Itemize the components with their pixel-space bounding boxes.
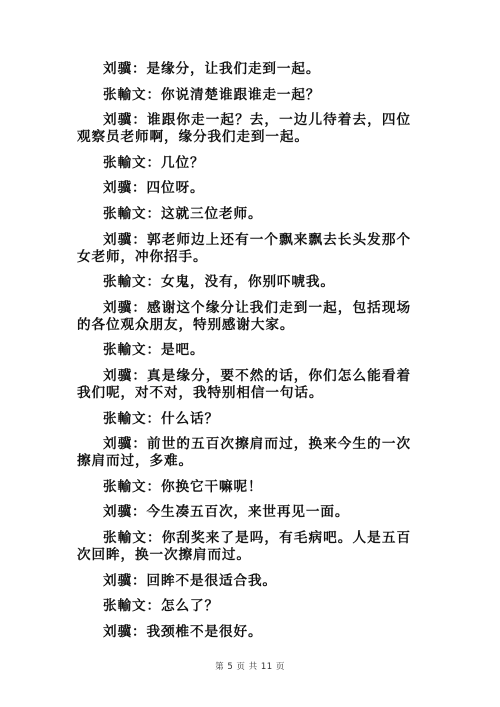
dialogue-paragraph: 张輸文：你说清楚谁跟谁走一起？ [77, 87, 411, 104]
page-footer: 第 5 页 共 11 页 [0, 660, 500, 672]
dialogue-paragraph: 张輸文：什么话？ [77, 411, 411, 428]
dialogue-text: 四位呀。 [146, 180, 204, 196]
dialogue-paragraph: 刘骥：回眸不是很适合我。 [77, 573, 411, 590]
speaker-name: 张輸文： [103, 155, 161, 171]
dialogue-paragraph: 张輸文：怎么了？ [77, 598, 411, 615]
dialogue-paragraph: 张輸文：这就三位老师。 [77, 206, 411, 223]
dialogue-text: 今生凑五百次，来世再见一面。 [146, 504, 349, 520]
speaker-name: 刘骥： [103, 436, 147, 452]
dialogue-paragraph: 张輸文：你换它干嘛呢！ [77, 479, 411, 496]
dialogue-paragraph: 张輸文：是吧。 [77, 342, 411, 359]
speaker-name: 刘骥： [103, 624, 146, 640]
dialogue-paragraph: 张輸文：几位？ [77, 155, 411, 172]
speaker-name: 张輸文： [103, 87, 161, 103]
speaker-name: 张輸文： [103, 206, 161, 222]
dialogue-paragraph: 刘骥：感谢这个缘分让我们走到一起，包括现场的各位观众朋友，特别感谢大家。 [77, 300, 411, 334]
dialogue-paragraph: 刘骥：是缘分，让我们走到一起。 [77, 61, 411, 78]
dialogue-text: 几位？ [161, 155, 204, 171]
dialogue-text: 回眸不是很适合我。 [146, 573, 276, 589]
speaker-name: 张輸文： [103, 411, 161, 427]
dialogue-text: 你说清楚谁跟谁走一起？ [161, 87, 320, 103]
dialogue-text: 我颈椎不是很好。 [146, 624, 262, 640]
dialogue-paragraph: 刘骥：前世的五百次擦肩而过，换来今生的一次擦肩而过，多难。 [77, 436, 411, 470]
speaker-name: 刘骥： [103, 180, 146, 196]
page-indicator: 第 5 页 共 11 页 [215, 662, 285, 672]
dialogue-text: 女鬼，没有，你别吓唬我。 [161, 274, 335, 290]
dialogue-paragraph: 刘骥：四位呀。 [77, 180, 411, 197]
speaker-name: 张輸文： [103, 530, 162, 546]
dialogue-paragraph: 刘骥：我颈椎不是很好。 [77, 624, 411, 641]
speaker-name: 张輸文： [103, 598, 161, 614]
speaker-name: 张輸文： [103, 274, 161, 290]
speaker-name: 张輸文： [103, 479, 161, 495]
dialogue-text: 这就三位老师。 [161, 206, 262, 222]
document-body: 刘骥：是缘分，让我们走到一起。 张輸文：你说清楚谁跟谁走一起？ 刘骥：谁跟你走一… [77, 61, 411, 649]
speaker-name: 刘骥： [103, 573, 146, 589]
speaker-name: 刘骥： [103, 504, 146, 520]
speaker-name: 张輸文： [103, 342, 161, 358]
dialogue-paragraph: 刘骥：真是缘分，要不然的话，你们怎么能看着我们呢，对不对，我特别相信一句话。 [77, 368, 411, 402]
speaker-name: 刘骥： [103, 61, 146, 77]
dialogue-text: 什么话？ [161, 411, 219, 427]
speaker-name: 刘骥： [103, 232, 147, 248]
speaker-name: 刘骥： [103, 300, 147, 316]
dialogue-paragraph: 刘骥：郭老师边上还有一个飘来飘去长头发那个女老师，冲你招手。 [77, 232, 411, 266]
dialogue-text: 怎么了？ [161, 598, 219, 614]
speaker-name: 刘骥： [103, 368, 147, 384]
dialogue-paragraph: 张輸文：女鬼，没有，你别吓唬我。 [77, 274, 411, 291]
dialogue-text: 是缘分，让我们走到一起。 [146, 61, 320, 77]
dialogue-paragraph: 刘骥：今生凑五百次，来世再见一面。 [77, 504, 411, 521]
dialogue-text: 是吧。 [161, 342, 204, 358]
dialogue-paragraph: 张輸文：你刮奖来了是吗，有毛病吧。人是五百次回眸，换一次擦肩而过。 [77, 530, 411, 564]
speaker-name: 刘骥： [103, 112, 147, 128]
dialogue-paragraph: 刘骥：谁跟你走一起？去，一边儿待着去，四位观察员老师啊，缘分我们走到一起。 [77, 112, 411, 146]
dialogue-text: 你换它干嘛呢！ [161, 479, 262, 495]
